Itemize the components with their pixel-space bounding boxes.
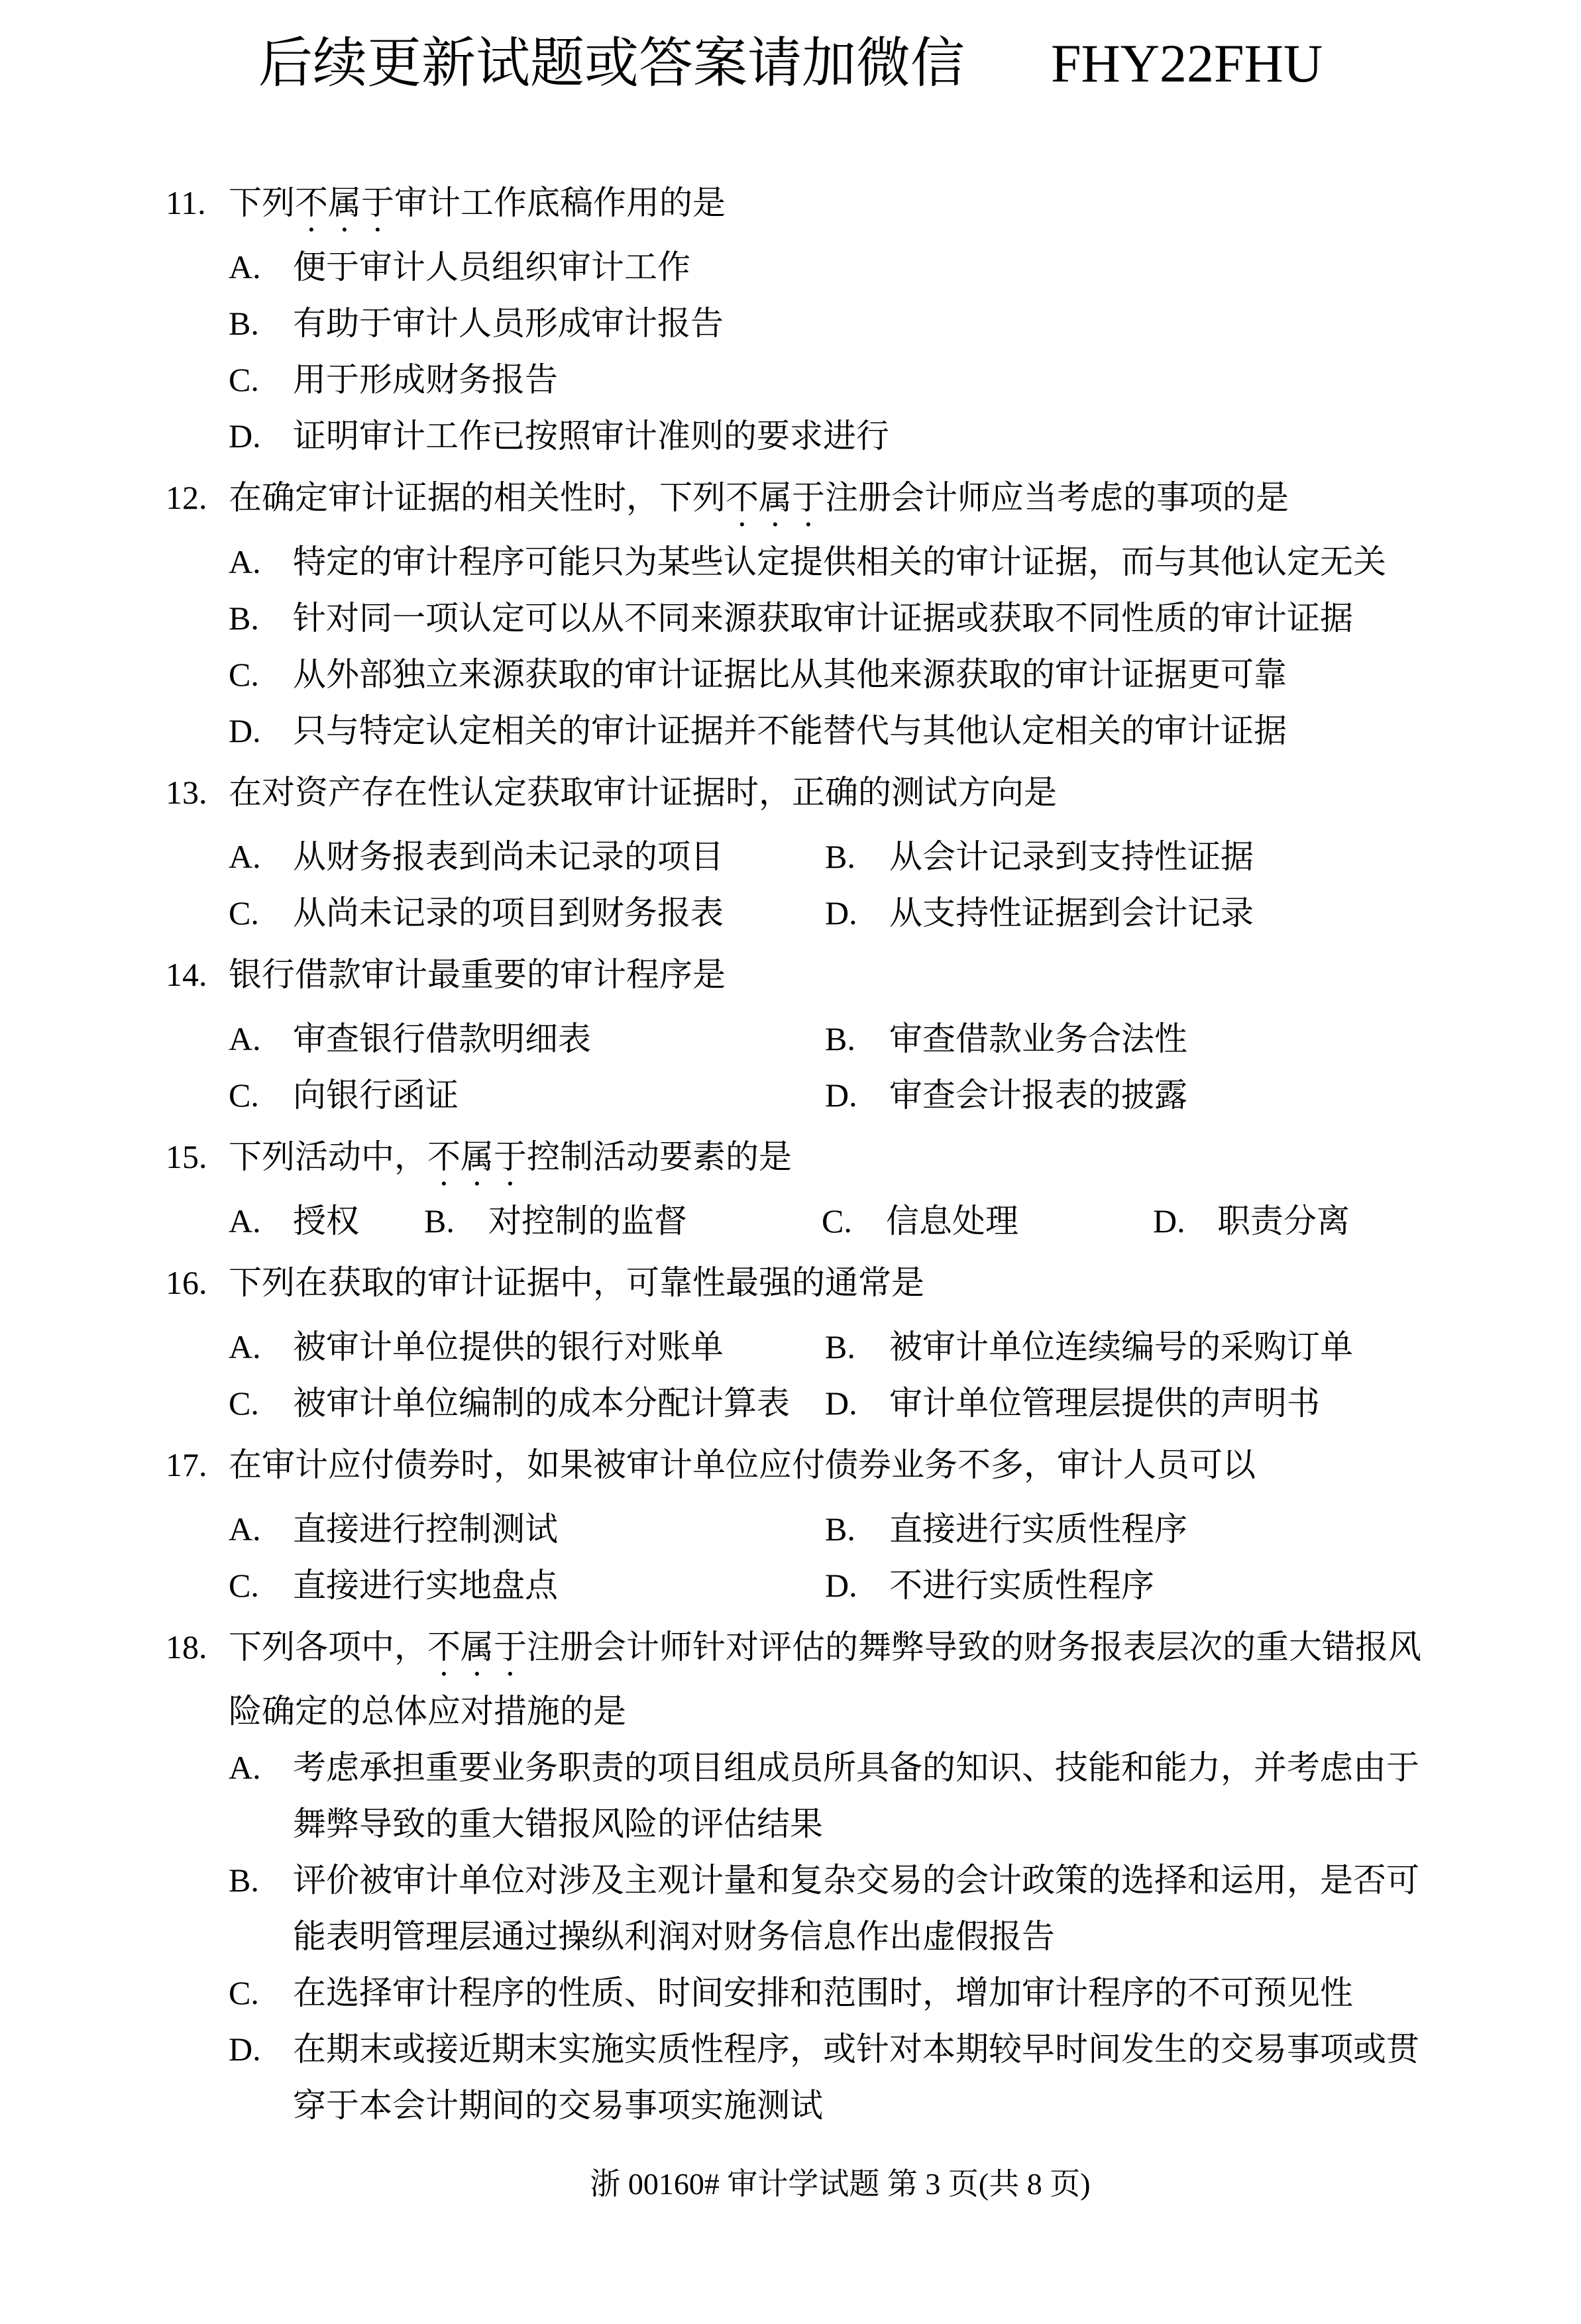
question-number: 15.: [166, 1129, 229, 1185]
option-letter: D.: [229, 703, 293, 759]
question-stem: 18.下列各项中，不属于注册会计师针对评估的舞弊导致的财务报表层次的重大错报风: [166, 1619, 1515, 1683]
option-text: 在期末或接近期末实施实质性程序，或针对本期较早时间发生的交易事项或贯: [293, 2031, 1419, 2068]
option-d: D.从支持性证据到会计记录: [825, 885, 1515, 941]
option-b: B.审查借款业务合法性: [825, 1011, 1515, 1067]
option-text: 不进行实质性程序: [889, 1567, 1154, 1604]
header-notice: 后续更新试题或答案请加微信: [258, 33, 965, 94]
option-letter: A.: [229, 534, 293, 590]
header-wechat-code: FHY22FHU: [1051, 33, 1323, 94]
option-row: A.授权 B.对控制的监督 C.信息处理 D.职责分离: [166, 1193, 1515, 1249]
option-letter: D.: [825, 885, 889, 941]
option-letter: C.: [229, 1375, 293, 1432]
option-letter: B.: [229, 590, 293, 647]
option-letter: D.: [229, 2021, 293, 2078]
option-text: 审查银行借款明细表: [293, 1020, 591, 1057]
option-text: 被审计单位提供的银行对账单: [293, 1328, 724, 1365]
question-18: 18.下列各项中，不属于注册会计师针对评估的舞弊导致的财务报表层次的重大错报风 …: [166, 1619, 1515, 2134]
question-number: 14.: [166, 947, 229, 1003]
option-letter: C.: [822, 1193, 886, 1249]
option-letter: A.: [229, 1193, 293, 1249]
option-letter: A.: [229, 239, 293, 295]
option-d: D.证明审计工作已按照审计准则的要求进行: [166, 408, 1515, 464]
option-letter: A.: [229, 1319, 293, 1375]
option-text: 审计单位管理层提供的声明书: [889, 1385, 1320, 1422]
option-text: 授权: [293, 1202, 359, 1240]
option-c: C.从尚未记录的项目到财务报表: [166, 885, 825, 941]
option-a: A.从财务报表到尚未记录的项目: [166, 829, 825, 885]
question-15: 15.下列活动中，不属于控制活动要素的是 A.授权 B.对控制的监督 C.信息处…: [166, 1129, 1515, 1249]
option-text: 直接进行实地盘点: [293, 1567, 558, 1604]
option-letter: D.: [1153, 1193, 1217, 1249]
question-16: 16.下列在获取的审计证据中，可靠性最强的通常是 A.被审计单位提供的银行对账单…: [166, 1255, 1515, 1432]
question-stem: 17.在审计应付债券时，如果被审计单位应付债券业务不多，审计人员可以: [166, 1437, 1515, 1501]
option-text: 向银行函证: [293, 1077, 459, 1114]
emphasized-text: 不属于: [427, 1628, 527, 1665]
option-text: 证明审计工作已按照审计准则的要求进行: [293, 417, 889, 454]
option-letter: D.: [825, 1375, 889, 1432]
option-text: 从支持性证据到会计记录: [889, 894, 1254, 931]
option-row: A.从财务报表到尚未记录的项目 B.从会计记录到支持性证据: [166, 829, 1515, 885]
emphasized-text: 不属于: [427, 1138, 527, 1175]
option-text: 有助于审计人员形成审计报告: [293, 305, 724, 342]
option-d: D.职责分离: [1153, 1193, 1515, 1249]
option-row: C.被审计单位编制的成本分配计算表 D.审计单位管理层提供的声明书: [166, 1375, 1515, 1432]
question-number: 17.: [166, 1437, 229, 1493]
option-row: A.被审计单位提供的银行对账单 B.被审计单位连续编号的采购订单: [166, 1319, 1515, 1375]
question-stem: 15.下列活动中，不属于控制活动要素的是: [166, 1129, 1515, 1193]
option-text: 从尚未记录的项目到财务报表: [293, 894, 724, 931]
option-a: A.特定的审计程序可能只为某些认定提供相关的审计证据，而与其他认定无关: [166, 534, 1515, 590]
page-footer: 浙 00160# 审计学试题 第 3 页(共 8 页): [166, 2164, 1515, 2204]
option-b: B.针对同一项认定可以从不同来源获取审计证据或获取不同性质的审计证据: [166, 590, 1515, 647]
option-letter: B.: [825, 1011, 889, 1067]
option-letter: D.: [229, 408, 293, 464]
option-b: B.被审计单位连续编号的采购订单: [825, 1319, 1515, 1375]
option-b: B.评价被审计单位对涉及主观计量和复杂交易的会计政策的选择和运用，是否可 能表明…: [166, 1852, 1515, 1965]
option-a: A.直接进行控制测试: [166, 1501, 825, 1558]
option-letter: A.: [229, 829, 293, 885]
exam-page: 后续更新试题或答案请加微信 FHY22FHU 11.下列不属于审计工作底稿作用的…: [0, 0, 1581, 2324]
option-letter: B.: [424, 1193, 488, 1249]
question-number: 18.: [166, 1619, 229, 1675]
option-letter: C.: [229, 352, 293, 408]
option-letter: A.: [229, 1501, 293, 1558]
question-stem: 16.下列在获取的审计证据中，可靠性最强的通常是: [166, 1255, 1515, 1319]
option-text-line2: 穿于本会计期间的交易事项实施测试: [229, 2078, 1515, 2134]
option-c: C.从外部独立来源获取的审计证据比从其他来源获取的审计证据更可靠: [166, 647, 1515, 703]
option-letter: D.: [825, 1067, 889, 1124]
option-c: C.直接进行实地盘点: [166, 1558, 825, 1614]
option-text: 被审计单位连续编号的采购订单: [889, 1328, 1353, 1365]
option-b: B.有助于审计人员形成审计报告: [166, 295, 1515, 352]
option-row: A.审查银行借款明细表 B.审查借款业务合法性: [166, 1011, 1515, 1067]
option-letter: C.: [229, 885, 293, 941]
option-c: C.向银行函证: [166, 1067, 825, 1124]
option-d: D.只与特定认定相关的审计证据并不能替代与其他认定相关的审计证据: [166, 703, 1515, 759]
option-text: 考虑承担重要业务职责的项目组成员所具备的知识、技能和能力，并考虑由于: [293, 1749, 1419, 1786]
question-number: 13.: [166, 765, 229, 821]
option-a: A.便于审计人员组织审计工作: [166, 239, 1515, 295]
question-stem: 12.在确定审计证据的相关性时，下列不属于注册会计师应当考虑的事项的是: [166, 470, 1515, 534]
option-text: 从财务报表到尚未记录的项目: [293, 838, 724, 875]
option-text: 直接进行控制测试: [293, 1510, 558, 1548]
option-c: C.用于形成财务报告: [166, 352, 1515, 408]
option-letter: C.: [229, 1558, 293, 1614]
question-number: 16.: [166, 1255, 229, 1311]
option-row: A.直接进行控制测试 B.直接进行实质性程序: [166, 1501, 1515, 1558]
question-stem: 13.在对资产存在性认定获取审计证据时，正确的测试方向是: [166, 765, 1515, 829]
option-text: 在选择审计程序的性质、时间安排和范围时，增加审计程序的不可预见性: [293, 1974, 1353, 2011]
option-text-line2: 舞弊导致的重大错报风险的评估结果: [229, 1796, 1515, 1852]
option-letter: C.: [229, 1965, 293, 2021]
option-a: A.授权: [166, 1193, 424, 1249]
option-text: 信息处理: [886, 1202, 1018, 1240]
question-list: 11.下列不属于审计工作底稿作用的是 A.便于审计人员组织审计工作 B.有助于审…: [166, 175, 1515, 2204]
question-stem: 11.下列不属于审计工作底稿作用的是: [166, 175, 1515, 239]
question-stem: 14.银行借款审计最重要的审计程序是: [166, 947, 1515, 1011]
option-text: 审查借款业务合法性: [889, 1020, 1187, 1057]
option-letter: B.: [825, 829, 889, 885]
option-text: 用于形成财务报告: [293, 361, 558, 398]
option-c: C.在选择审计程序的性质、时间安排和范围时，增加审计程序的不可预见性: [166, 1965, 1515, 2021]
option-letter: B.: [229, 1852, 293, 1909]
option-d: D.在期末或接近期末实施实质性程序，或针对本期较早时间发生的交易事项或贯 穿于本…: [166, 2021, 1515, 2134]
option-letter: B.: [825, 1319, 889, 1375]
option-text: 特定的审计程序可能只为某些认定提供相关的审计证据，而与其他认定无关: [293, 543, 1386, 580]
question-12: 12.在确定审计证据的相关性时，下列不属于注册会计师应当考虑的事项的是 A.特定…: [166, 470, 1515, 759]
option-row: C.从尚未记录的项目到财务报表 D.从支持性证据到会计记录: [166, 885, 1515, 941]
option-d: D.不进行实质性程序: [825, 1558, 1515, 1614]
emphasized-text: 不属于: [295, 184, 394, 221]
option-c: C.信息处理: [822, 1193, 1153, 1249]
option-c: C.被审计单位编制的成本分配计算表: [166, 1375, 825, 1432]
question-14: 14.银行借款审计最重要的审计程序是 A.审查银行借款明细表 B.审查借款业务合…: [166, 947, 1515, 1124]
option-text: 审查会计报表的披露: [889, 1077, 1187, 1114]
question-17: 17.在审计应付债券时，如果被审计单位应付债券业务不多，审计人员可以 A.直接进…: [166, 1437, 1515, 1614]
question-11: 11.下列不属于审计工作底稿作用的是 A.便于审计人员组织审计工作 B.有助于审…: [166, 175, 1515, 464]
option-letter: A.: [229, 1011, 293, 1067]
option-d: D.审计单位管理层提供的声明书: [825, 1375, 1515, 1432]
option-a: A.被审计单位提供的银行对账单: [166, 1319, 825, 1375]
emphasized-text: 不属于: [726, 479, 825, 516]
option-text: 对控制的监督: [488, 1202, 687, 1240]
option-text: 便于审计人员组织审计工作: [293, 248, 690, 286]
page-header: 后续更新试题或答案请加微信 FHY22FHU: [0, 0, 1581, 94]
question-number: 12.: [166, 470, 229, 526]
option-b: B.从会计记录到支持性证据: [825, 829, 1515, 885]
question-number: 11.: [166, 175, 229, 231]
question-stem-line2: 险确定的总体应对措施的是: [166, 1683, 1515, 1740]
option-row: C.向银行函证 D.审查会计报表的披露: [166, 1067, 1515, 1124]
option-b: B.直接进行实质性程序: [825, 1501, 1515, 1558]
option-letter: B.: [229, 295, 293, 352]
option-d: D.审查会计报表的披露: [825, 1067, 1515, 1124]
option-a: A.审查银行借款明细表: [166, 1011, 825, 1067]
option-a: A.考虑承担重要业务职责的项目组成员所具备的知识、技能和能力，并考虑由于 舞弊导…: [166, 1740, 1515, 1852]
option-text: 从会计记录到支持性证据: [889, 838, 1254, 875]
option-row: C.直接进行实地盘点 D.不进行实质性程序: [166, 1558, 1515, 1614]
option-letter: C.: [229, 647, 293, 703]
question-13: 13.在对资产存在性认定获取审计证据时，正确的测试方向是 A.从财务报表到尚未记…: [166, 765, 1515, 941]
option-text: 从外部独立来源获取的审计证据比从其他来源获取的审计证据更可靠: [293, 656, 1287, 693]
option-text: 针对同一项认定可以从不同来源获取审计证据或获取不同性质的审计证据: [293, 600, 1353, 637]
option-text-line2: 能表明管理层通过操纵利润对财务信息作出虚假报告: [229, 1909, 1515, 1965]
option-text: 评价被审计单位对涉及主观计量和复杂交易的会计政策的选择和运用，是否可: [293, 1862, 1419, 1899]
option-b: B.对控制的监督: [424, 1193, 822, 1249]
option-text: 直接进行实质性程序: [889, 1510, 1187, 1548]
option-letter: C.: [229, 1067, 293, 1124]
option-text: 被审计单位编制的成本分配计算表: [293, 1385, 790, 1422]
option-letter: B.: [825, 1501, 889, 1558]
option-letter: A.: [229, 1740, 293, 1796]
option-text: 职责分离: [1217, 1202, 1350, 1240]
option-text: 只与特定认定相关的审计证据并不能替代与其他认定相关的审计证据: [293, 712, 1287, 749]
option-letter: D.: [825, 1558, 889, 1614]
